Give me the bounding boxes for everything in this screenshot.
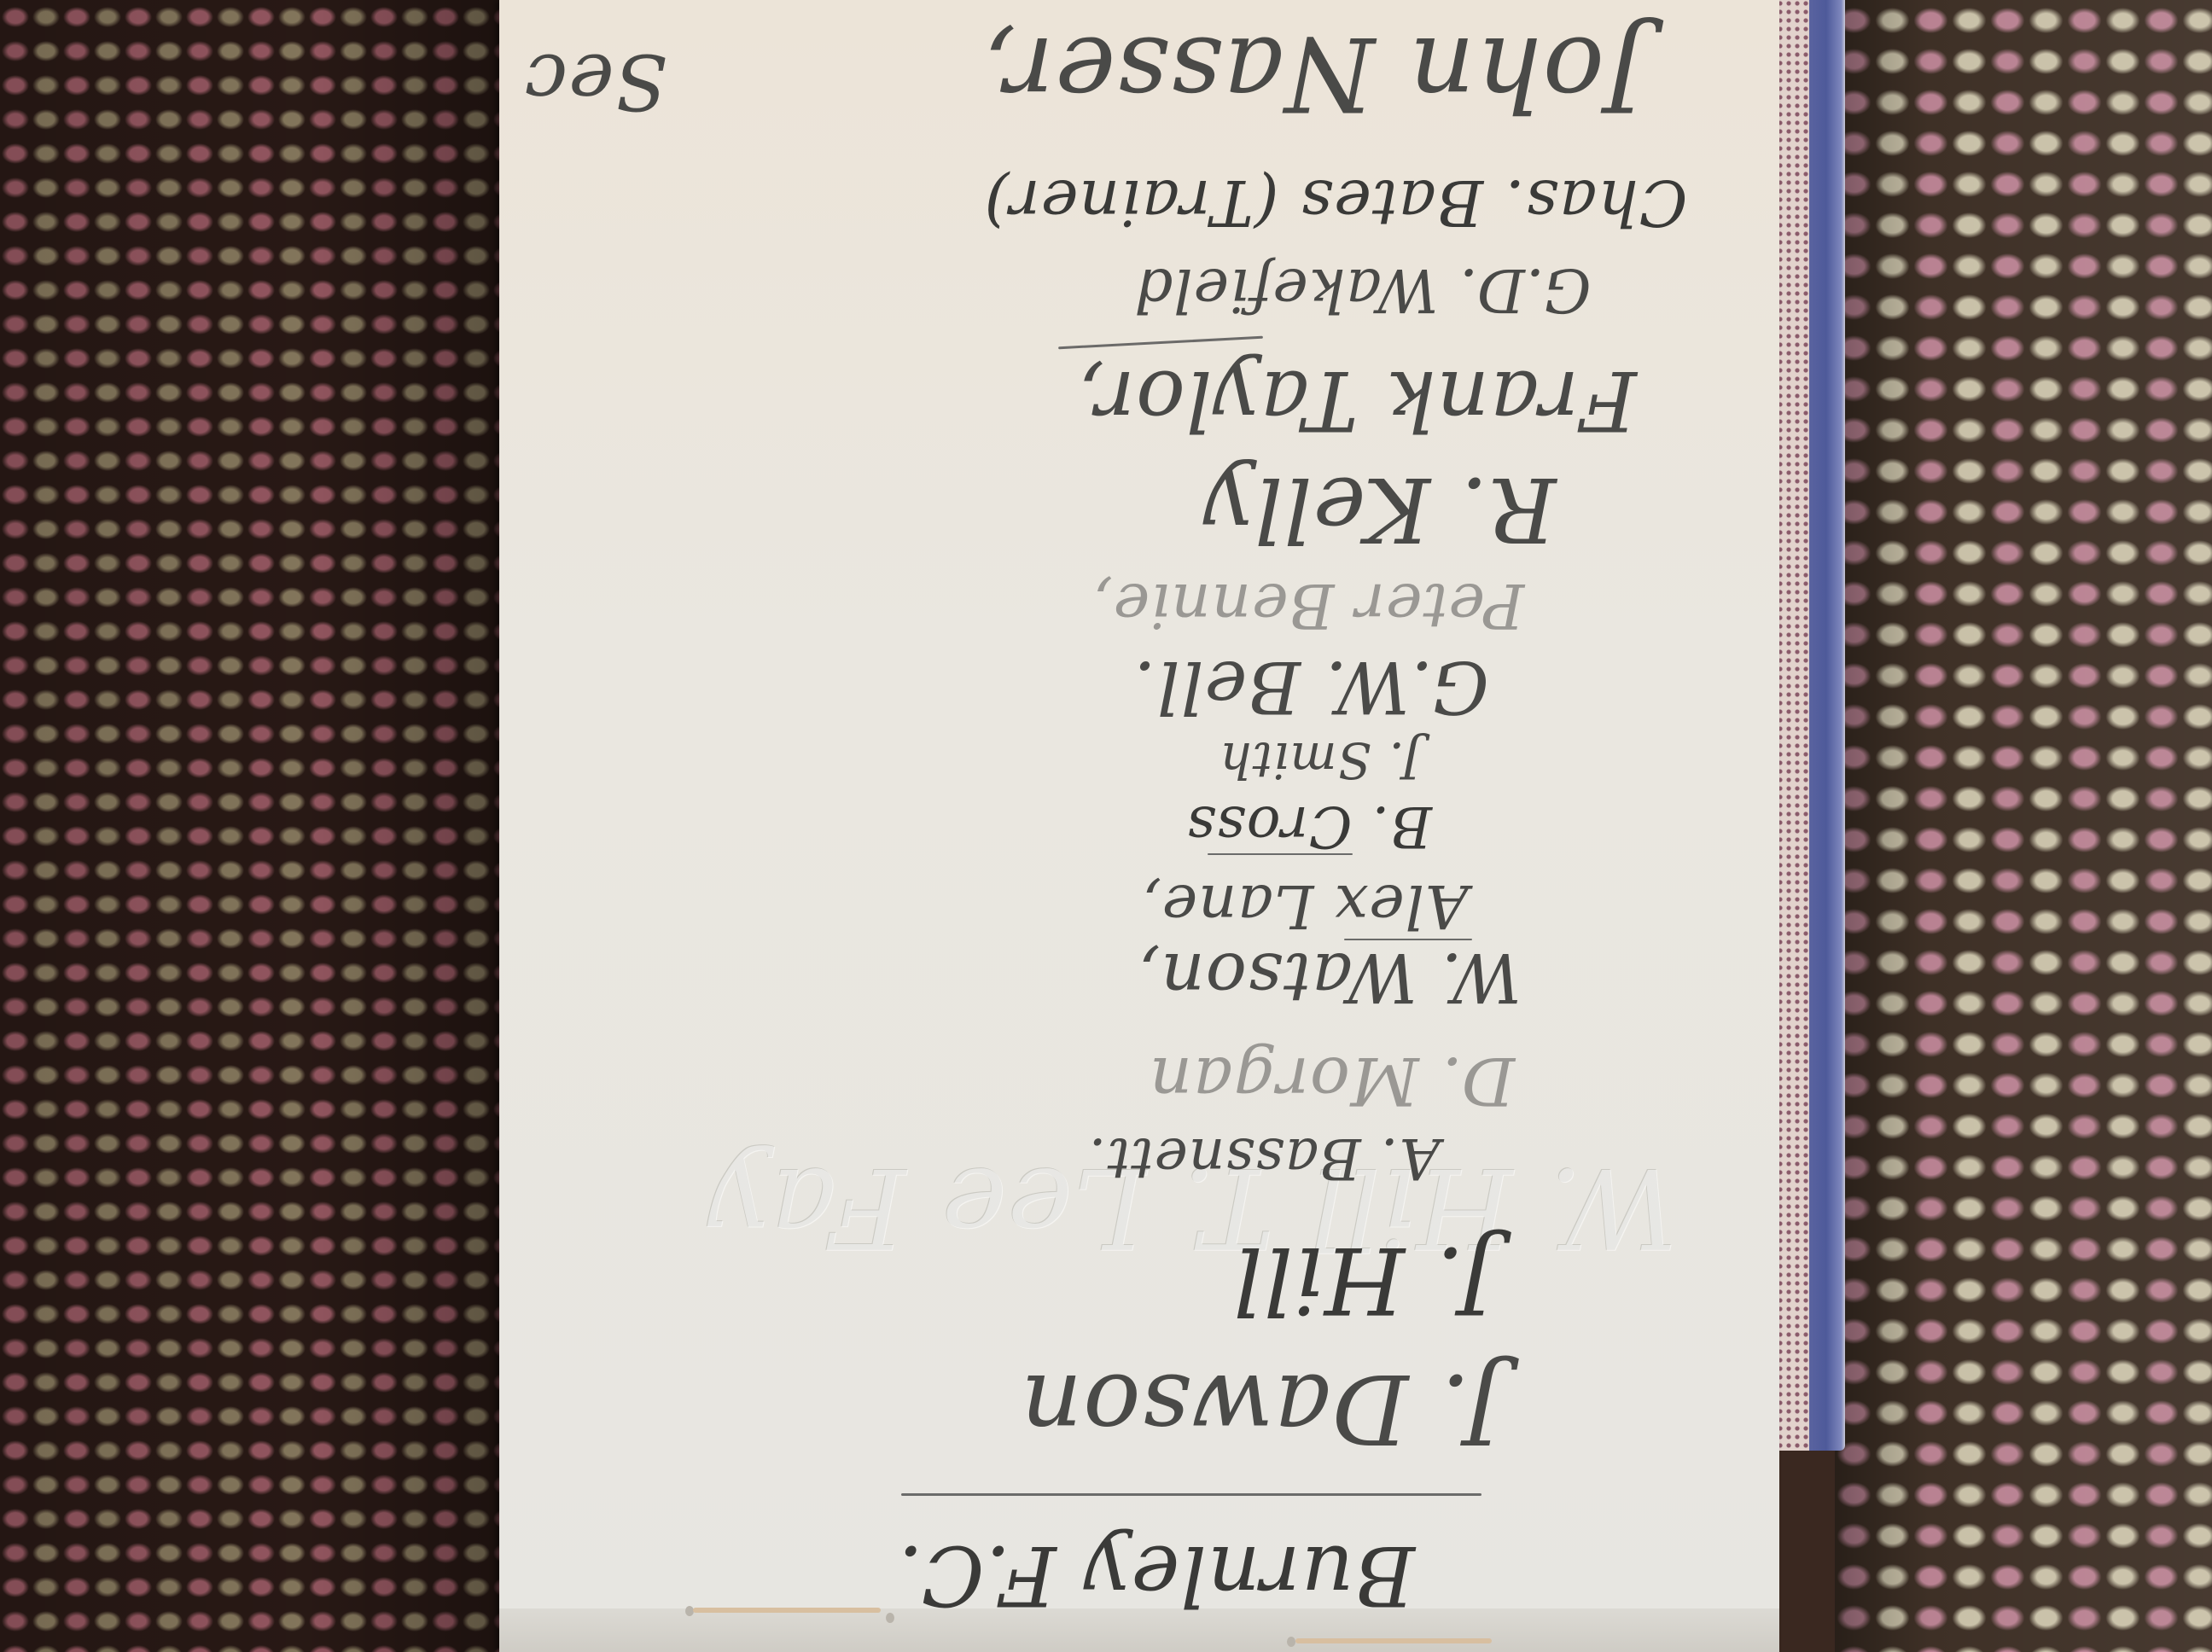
book-cover-spine bbox=[1807, 0, 1845, 1451]
signature-j-hill: J. Hill bbox=[1222, 1229, 1506, 1329]
marbled-page-edge bbox=[1777, 0, 1809, 1451]
signature-d-morgan: D. Morgan bbox=[1155, 1034, 1509, 1126]
heading-burnley-fc: Burnley F.C. bbox=[859, 1523, 1452, 1627]
heading-divider-rule bbox=[901, 1493, 1481, 1496]
signature-gw-bell: G.W. Bell. bbox=[1108, 642, 1514, 732]
signature-a-bassnett: A. Bassnett. bbox=[1016, 1128, 1511, 1188]
signature-john-nasser: John Nasser, bbox=[896, 13, 1732, 132]
binding-hole bbox=[1287, 1637, 1295, 1647]
signature-j-smith: J. Smith bbox=[1185, 732, 1455, 788]
signature-gd-wakefield: G.D. Wakefield bbox=[1087, 249, 1638, 331]
binding-stitch bbox=[693, 1608, 881, 1613]
shadow-right bbox=[1835, 0, 2212, 1652]
shadow-left bbox=[0, 0, 512, 1652]
signature-sec-suffix: Sec bbox=[527, 34, 664, 128]
signature-j-dawson: J. Dawson bbox=[1016, 1343, 1506, 1473]
signature-frank-taylor: Frank Taylor, bbox=[1053, 346, 1661, 455]
binding-stitch bbox=[1295, 1638, 1492, 1643]
underline-rule bbox=[1208, 853, 1353, 855]
signature-w-watson: W. Watson, bbox=[1143, 930, 1516, 1024]
signature-b-cross: B. Cross bbox=[1143, 795, 1476, 857]
signature-peter-bennie: Peter Bennie, bbox=[1108, 567, 1509, 645]
signature-chas-bates: Chas. Bates (Trainer) bbox=[939, 166, 1732, 239]
signature-r-kelly: R. Kelly bbox=[1220, 448, 1539, 572]
